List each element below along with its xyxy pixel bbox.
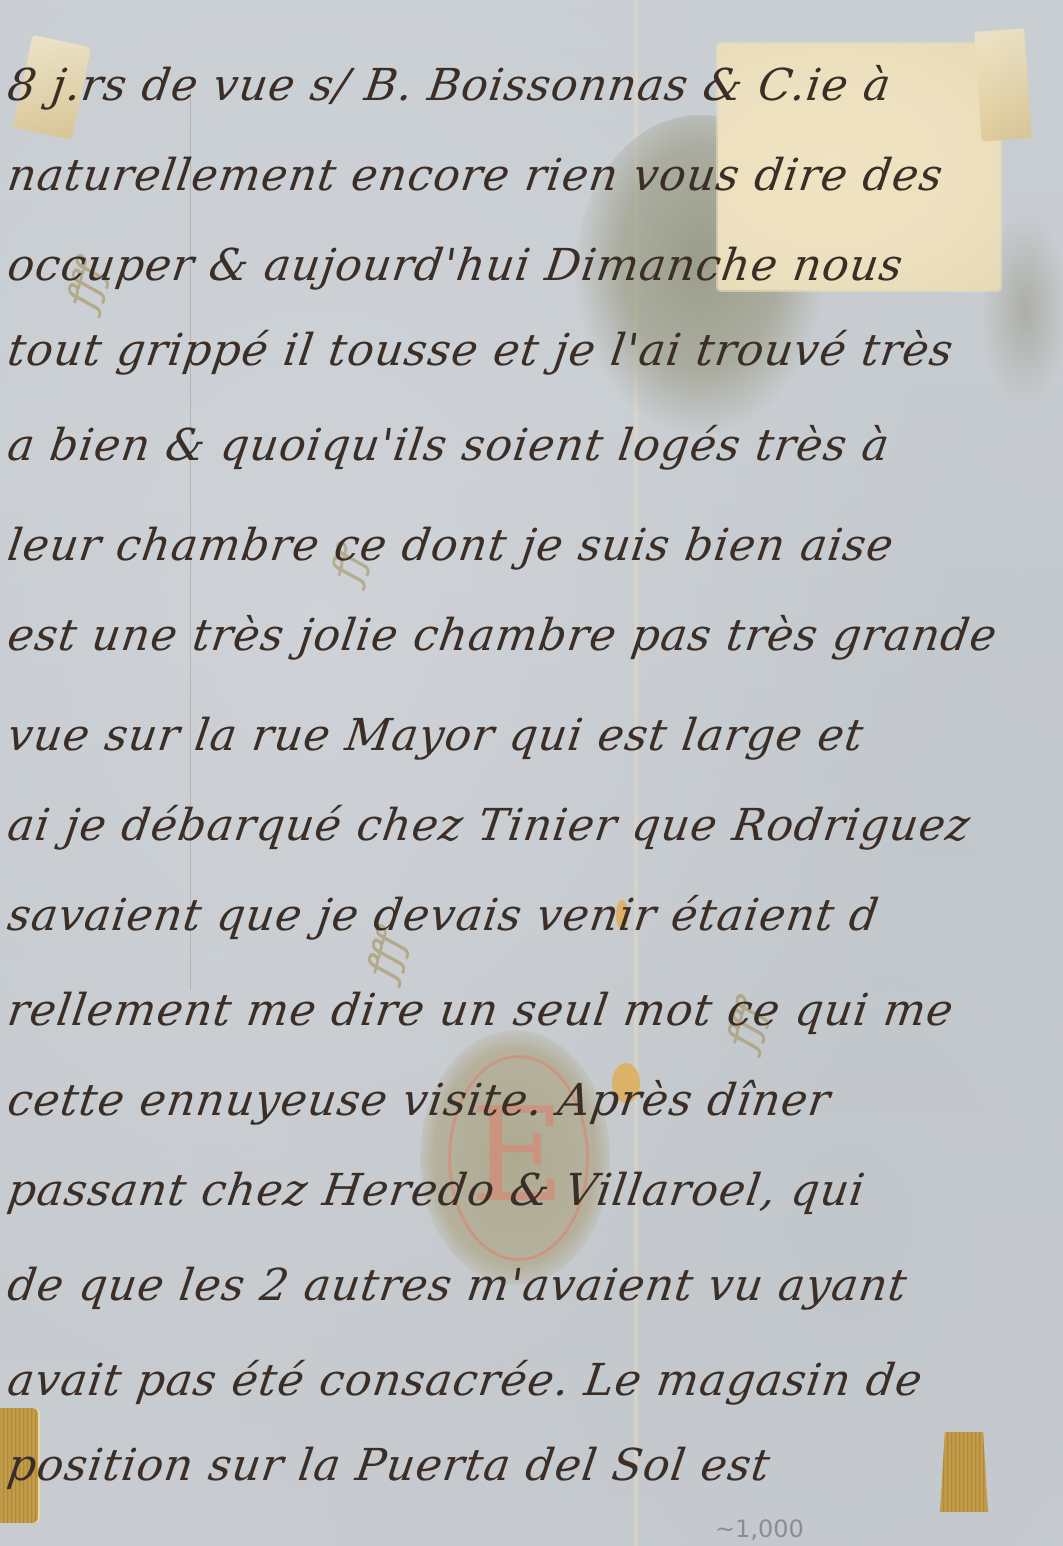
letter-line: ai je débarqué chez Tinier que Rodriguez — [4, 800, 974, 851]
letter-line: naturellement encore rien vous dire des — [4, 150, 946, 201]
letter-line: rellement me dire un seul mot ce qui me — [4, 985, 957, 1036]
letter-line: est une très jolie chambre pas très gran… — [4, 610, 1000, 661]
letter-line: leur chambre ce dont je suis bien aise — [4, 520, 897, 571]
letter-line: cette ennuyeuse visite. Après dîner — [4, 1075, 834, 1126]
letter-line: savaient que je devais venir étaient d — [4, 890, 882, 941]
letter-line: vue sur la rue Mayor qui est large et — [4, 710, 867, 761]
letter-line: a bien & quoiqu'ils soient logés très à — [4, 420, 893, 471]
letter-line: avait pas été consacrée. Le magasin de — [4, 1355, 926, 1406]
letter-line: passant chez Heredo & Villaroel, qui — [4, 1165, 868, 1216]
letter-line: tout grippé il tousse et je l'ai trouvé … — [4, 325, 956, 376]
letter-line: occuper & aujourd'hui Dimanche nous — [4, 240, 906, 291]
letter-line: de que les 2 autres m'avaient vu ayant — [4, 1260, 910, 1311]
letter-line: 8 j.rs de vue s/ B. Boissonnas & C.ie à — [4, 60, 894, 111]
pencil-annotation: ~1,000 — [715, 1515, 804, 1543]
letter-line: position sur la Puerta del Sol est — [4, 1440, 773, 1491]
letter-text: 8 j.rs de vue s/ B. Boissonnas & C.ie à … — [0, 0, 1063, 1546]
